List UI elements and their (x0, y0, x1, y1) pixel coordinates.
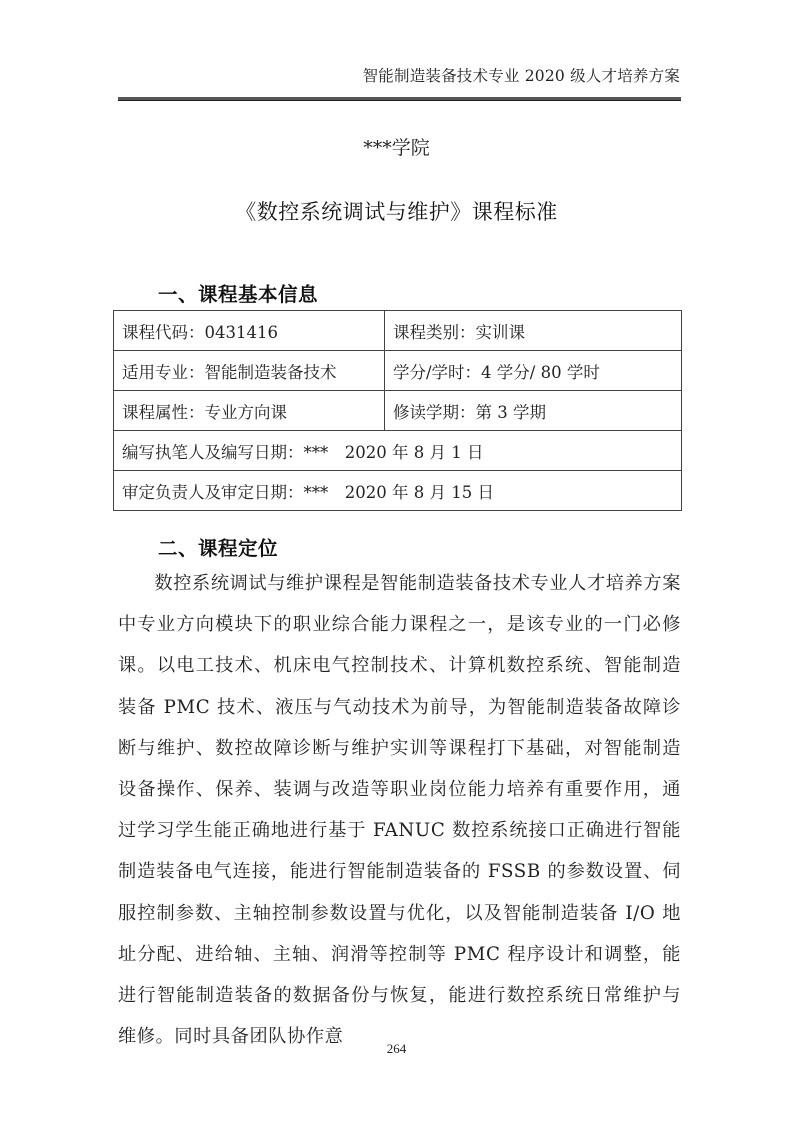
section-heading-course-positioning: 二、课程定位 (158, 533, 278, 561)
table-row: 课程属性：专业方向课 修读学期：第 3 学期 (114, 391, 682, 431)
table-cell-course-attribute: 课程属性：专业方向课 (114, 391, 385, 431)
header-rule (118, 97, 681, 101)
section-heading-basic-info: 一、课程基本信息 (158, 279, 318, 307)
table-cell-credits-hours: 学分/学时：4 学分/ 80 学时 (385, 351, 682, 391)
running-header: 智能制造装备技术专业 2020 级人才培养方案 (363, 64, 680, 86)
document-title: 《数控系统调试与维护》课程标准 (0, 196, 793, 226)
course-info-table: 课程代码：0431416 课程类别：实训课 适用专业：智能制造装备技术 学分/学… (113, 310, 682, 511)
table-cell-course-code: 课程代码：0431416 (114, 311, 385, 351)
table-cell-reviewer-date: 审定负责人及审定日期：*** 2020 年 8 月 15 日 (114, 471, 682, 511)
table-cell-course-type: 课程类别：实训课 (385, 311, 682, 351)
table-cell-major: 适用专业：智能制造装备技术 (114, 351, 385, 391)
course-positioning-paragraph: 数控系统调试与维护课程是智能制造装备技术专业人才培养方案中专业方向模块下的职业综… (118, 563, 681, 1057)
table-row: 课程代码：0431416 课程类别：实训课 (114, 311, 682, 351)
table-row: 适用专业：智能制造装备技术 学分/学时：4 学分/ 80 学时 (114, 351, 682, 391)
page-number: 264 (0, 1041, 793, 1057)
college-name: ***学院 (0, 133, 793, 160)
table-cell-author-date: 编写执笔人及编写日期：*** 2020 年 8 月 1 日 (114, 431, 682, 471)
table-cell-semester: 修读学期：第 3 学期 (385, 391, 682, 431)
table-row: 审定负责人及审定日期：*** 2020 年 8 月 15 日 (114, 471, 682, 511)
table-row: 编写执笔人及编写日期：*** 2020 年 8 月 1 日 (114, 431, 682, 471)
